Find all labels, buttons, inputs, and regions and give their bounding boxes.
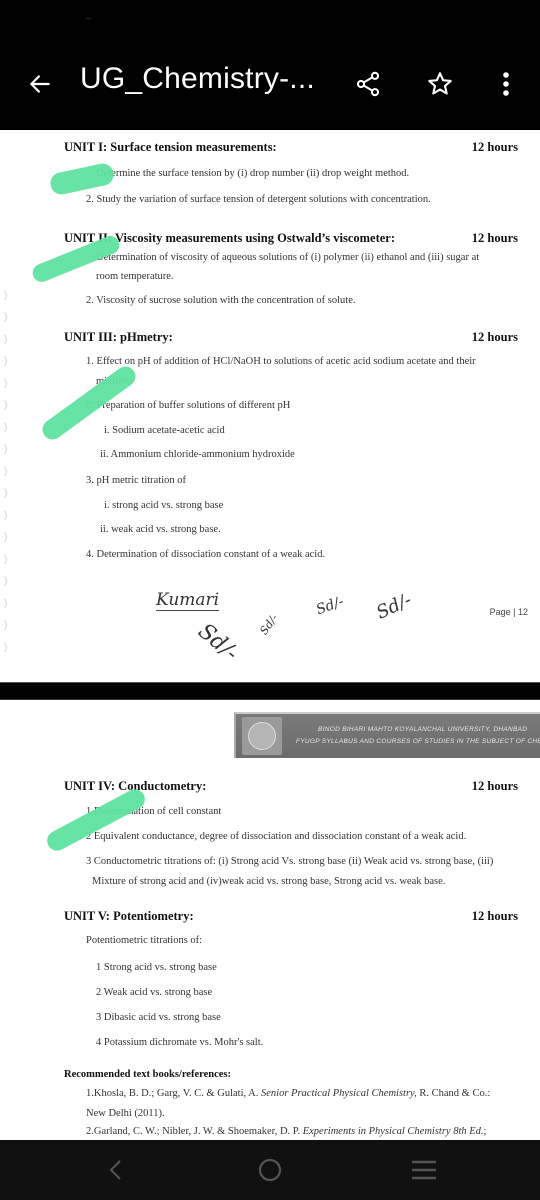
reference-item: New Delhi (2011). [86,1108,165,1119]
nav-recents-icon [410,1158,438,1182]
share-icon [354,70,382,98]
more-options-button[interactable] [488,66,524,102]
university-header-banner: BINOD BIHARI MAHTO KOYALANCHAL UNIVERSIT… [234,712,540,758]
document-page-13[interactable]: BINOD BIHARI MAHTO KOYALANCHAL UNIVERSIT… [0,700,540,1140]
unit-1-line: Determine the surface tension by (i) dro… [96,168,409,179]
unit-3-line: 4. Determination of dissociation constan… [86,549,325,560]
signature: Sd/- [314,594,346,619]
share-button[interactable] [350,66,386,102]
star-outline-icon [426,70,454,98]
unit-5-line: 2 Weak acid vs. strong base [96,987,212,998]
status-bar: ⁿⁿᵛᵘᵗ [0,0,540,40]
signature: Sd/- [373,589,415,623]
banner-university-name: BINOD BIHARI MAHTO KOYALANCHAL UNIVERSIT… [318,726,527,733]
star-button[interactable] [422,66,458,102]
unit-1-line: 2. Study the variation of surface tensio… [86,194,431,205]
app-bar: UG_Chemistry-... [0,40,540,130]
highlighter-mark [48,162,115,197]
banner-syllabus-title: FYUGP SYLLABUS AND COURSES OF STUDIES IN… [296,738,540,745]
page-separator [0,682,540,700]
unit-1-title: UNIT I: Surface tension measurements: [64,140,277,155]
nav-home-icon [256,1156,284,1184]
unit-3-title: UNIT III: pHmetry: [64,330,173,345]
unit-4-line: 3 Conductometric titrations of: (i) Stro… [86,856,493,867]
status-text: ⁿⁿᵛᵘᵗ [86,17,91,21]
unit-2-hours: 12 hours [472,231,518,246]
margin-marks: ))))))))))))))))) [4,290,18,670]
nav-home-button[interactable] [250,1152,290,1188]
unit-5-title: UNIT V: Potentiometry: [64,909,194,924]
unit-3-line: i. Sodium acetate-acetic acid [104,425,225,436]
nav-back-button[interactable] [96,1152,136,1188]
page-number: Page | 12 [490,607,528,617]
unit-5-hours: 12 hours [472,909,518,924]
arrow-left-icon [27,71,53,97]
reference-item: 2.Garland, C. W.; Nibler, J. W. & Shoema… [86,1126,486,1137]
references-title: Recommended text books/references: [64,1069,231,1080]
unit-1-hours: 12 hours [472,140,518,155]
reference-item: 1.Khosla, B. D.; Garg, V. C. & Gulati, A… [86,1088,490,1099]
unit-3-hours: 12 hours [472,330,518,345]
unit-3-line: ii. Ammonium chloride-ammonium hydroxide [100,449,295,460]
unit-5-line: Potentiometric titrations of: [86,935,202,946]
back-button[interactable] [22,66,58,102]
signature: Sd/- [193,619,243,666]
nav-recents-button[interactable] [404,1152,444,1188]
unit-2-line: room temperature. [96,271,174,282]
unit-5-line: 4 Potassium dichromate vs. Mohr's salt. [96,1037,263,1048]
system-navigation-bar [0,1140,540,1200]
unit-4-line: 2 Equivalent conductance, degree of diss… [86,831,466,842]
unit-3-line: 1. Effect on pH of addition of HCl/NaOH … [86,356,476,367]
unit-2-line: Determination of viscosity of aqueous so… [96,252,479,263]
unit-3-line: ii. weak acid vs. strong base. [100,524,221,535]
unit-3-line: i. strong acid vs. strong base [104,500,223,511]
unit-4-line: Mixture of strong acid and (iv)weak acid… [92,876,445,887]
unit-3-line: 2. Preparation of buffer solutions of di… [86,400,290,411]
unit-5-line: 3 Dibasic acid vs. strong base [96,1012,221,1023]
signature: Sd/- [257,612,280,637]
document-title: UG_Chemistry-... [80,62,315,96]
unit-5-line: 1 Strong acid vs. strong base [96,962,217,973]
university-logo [242,717,282,755]
more-vertical-icon [501,70,511,98]
signature: Kumari [156,590,219,611]
unit-4-hours: 12 hours [472,779,518,794]
highlighter-mark [44,786,149,854]
unit-3-line: 3. pH metric titration of [86,475,186,486]
unit-2-line: 2. Viscosity of sucrose solution with th… [86,295,356,306]
document-page-12[interactable]: ))))))))))))))))) UNIT I: Surface tensio… [0,130,540,682]
nav-back-icon [106,1158,126,1182]
